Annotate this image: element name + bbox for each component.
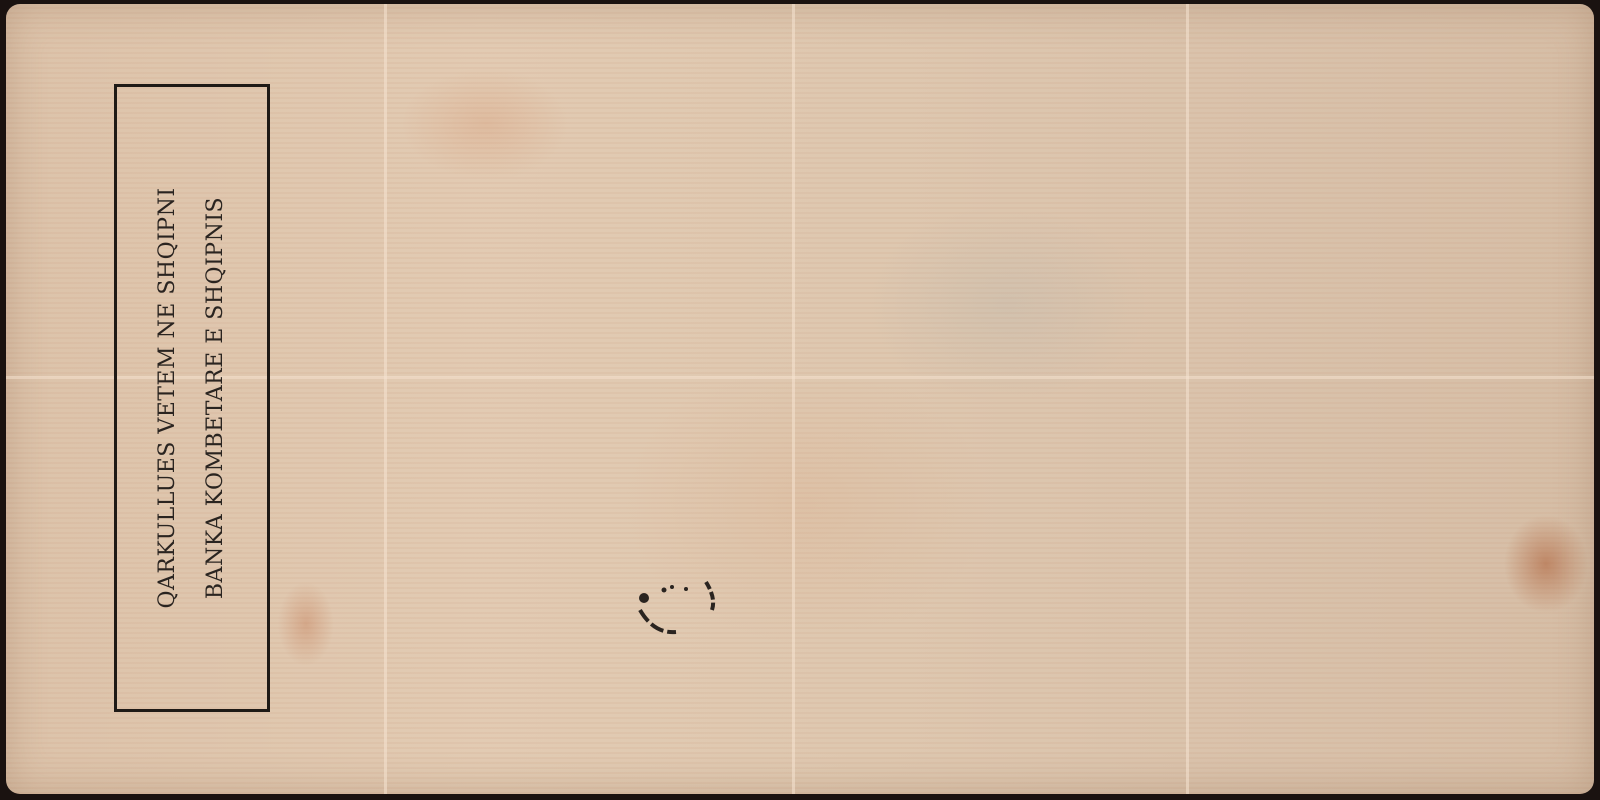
fold-line [384,4,387,794]
circulation-notice-box: QARKULLUES VETEM NE SHQIPNI BANKA KOMBET… [114,84,270,712]
notice-line-1: QARKULLUES VETEM NE SHQIPNI [144,187,192,608]
banknote-reverse: QARKULLUES VETEM NE SHQIPNI BANKA KOMBET… [6,4,1594,794]
fold-line [1186,4,1189,794]
circulation-notice-text: QARKULLUES VETEM NE SHQIPNI BANKA KOMBET… [144,187,240,608]
fold-line [792,4,795,794]
ink-mark-icon [634,576,718,640]
notice-line-2: BANKA KOMBETARE E SHQIPNIS [192,187,240,608]
